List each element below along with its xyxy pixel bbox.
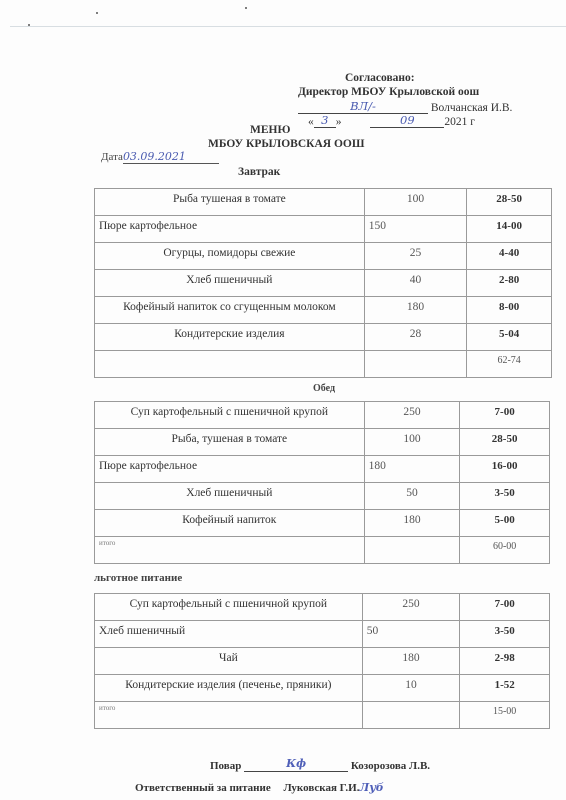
total-portion-empty (364, 351, 467, 378)
scan-edge-line (10, 26, 566, 27)
dish-name: Суп картофельный с пшеничной крупой (95, 402, 365, 429)
price: 1-52 (460, 675, 550, 702)
dish-name: Суп картофельный с пшеничной крупой (95, 594, 363, 621)
portion-grams: 100 (364, 189, 467, 216)
menu-title: МЕНЮ (250, 124, 290, 136)
price: 4-40 (467, 243, 552, 270)
portion-grams: 100 (364, 429, 460, 456)
portion-grams: 10 (362, 675, 460, 702)
table-row: Огурцы, помидоры свежие254-40 (95, 243, 552, 270)
table-row: Кофейный напиток со сгущенным молоком180… (95, 297, 552, 324)
portion-grams: 180 (362, 648, 460, 675)
portion-grams: 250 (362, 594, 460, 621)
price: 7-00 (460, 402, 550, 429)
price: 16-00 (460, 456, 550, 483)
dish-name: Рыба, тушеная в томате (95, 429, 365, 456)
dish-name: Хлеб пшеничный (95, 483, 365, 510)
cook-row: Повар Кф Козорозова Л.В. (210, 757, 430, 772)
table-row: Чай1802-98 (95, 648, 550, 675)
portion-grams: 150 (364, 216, 467, 243)
approval-year: 2021 г (444, 116, 475, 128)
approval-day: 3 (321, 113, 328, 127)
price: 2-80 (467, 270, 552, 297)
portion-grams: 180 (364, 510, 460, 537)
table-row: Кофейный напиток1805-00 (95, 510, 550, 537)
scan-speck (245, 7, 247, 9)
dish-name: Хлеб пшеничный (95, 621, 363, 648)
approval-month: 09 (400, 113, 415, 127)
total-price: 62-74 (467, 351, 552, 378)
table-row: Хлеб пшеничный402-80 (95, 270, 552, 297)
dish-name: Кофейный напиток (95, 510, 365, 537)
price: 3-50 (460, 621, 550, 648)
cook-signature: Кф (286, 757, 306, 770)
dish-name: Пюре картофельное (95, 216, 365, 243)
section-title-subsidized: льготное питание (94, 572, 182, 584)
price: 3-50 (460, 483, 550, 510)
subsidized-table: Суп картофельный с пшеничной крупой2507-… (94, 593, 550, 729)
total-portion-empty (364, 537, 460, 564)
table-row: Хлеб пшеничный503-50 (95, 483, 550, 510)
portion-grams: 25 (364, 243, 467, 270)
quote-close: » (336, 116, 342, 128)
price: 8-00 (467, 297, 552, 324)
price: 14-00 (467, 216, 552, 243)
price: 5-00 (460, 510, 550, 537)
table-row: Рыба, тушеная в томате10028-50 (95, 429, 550, 456)
scan-speck (28, 24, 30, 26)
portion-grams: 40 (364, 270, 467, 297)
portion-grams: 250 (364, 402, 460, 429)
cook-label: Повар (210, 760, 241, 772)
section-title-breakfast: Завтрак (238, 166, 280, 178)
price: 2-98 (460, 648, 550, 675)
dish-name: Кондитерские изделия (95, 324, 365, 351)
price: 7-00 (460, 594, 550, 621)
portion-grams: 50 (364, 483, 460, 510)
dish-name: Кондитерские изделия (печенье, пряники) (95, 675, 363, 702)
total-row: итого15-00 (95, 702, 550, 729)
total-price: 15-00 (460, 702, 550, 729)
table-row: Пюре картофельное18016-00 (95, 456, 550, 483)
section-title-lunch: Обед (313, 383, 335, 394)
price: 5-04 (467, 324, 552, 351)
portion-grams: 180 (364, 456, 460, 483)
table-row: Кондитерские изделия285-04 (95, 324, 552, 351)
total-label (95, 351, 365, 378)
approval-position: Директор МБОУ Крыловской оош (298, 86, 479, 98)
dish-name: Чай (95, 648, 363, 675)
date-label: Дата (101, 151, 123, 163)
responsible-label: Ответственный за питание (135, 782, 271, 794)
table-row: Кондитерские изделия (печенье, пряники)1… (95, 675, 550, 702)
approval-heading: Согласовано: (345, 72, 415, 84)
table-row: Пюре картофельное15014-00 (95, 216, 552, 243)
dish-name: Пюре картофельное (95, 456, 365, 483)
table-row: Суп картофельный с пшеничной крупой2507-… (95, 594, 550, 621)
approval-signature-line: ВЛ/- Волчанская И.В. (298, 99, 512, 114)
price: 28-50 (460, 429, 550, 456)
school-name: МБОУ КРЫЛОВСКАЯ ООШ (208, 138, 364, 150)
total-label: итого (95, 702, 363, 729)
table-row: Рыба тушеная в томате10028-50 (95, 189, 552, 216)
breakfast-table: Рыба тушеная в томате10028-50Пюре картоф… (94, 188, 552, 378)
table-row: Суп картофельный с пшеничной крупой2507-… (95, 402, 550, 429)
dish-name: Кофейный напиток со сгущенным молоком (95, 297, 365, 324)
total-label: итого (95, 537, 365, 564)
date-row: Дата03.09.2021 (101, 150, 219, 164)
lunch-table: Суп картофельный с пшеничной крупой2507-… (94, 401, 550, 564)
approval-date: «3» 092021 г (308, 113, 475, 128)
responsible-name: Луковская Г.И. (283, 782, 359, 794)
dish-name: Огурцы, помидоры свежие (95, 243, 365, 270)
price: 28-50 (467, 189, 552, 216)
dish-name: Хлеб пшеничный (95, 270, 365, 297)
approval-signature: ВЛ/- (350, 99, 376, 113)
portion-grams: 180 (364, 297, 467, 324)
scan-speck (96, 12, 98, 14)
cook-name: Козорозова Л.В. (351, 760, 430, 772)
portion-grams: 28 (364, 324, 467, 351)
responsible-row: Ответственный за питание Луковская Г.И.Л… (135, 781, 384, 794)
responsible-signature: Луб (359, 781, 383, 794)
dish-name: Рыба тушеная в томате (95, 189, 365, 216)
total-row: 62-74 (95, 351, 552, 378)
portion-grams: 50 (362, 621, 460, 648)
total-price: 60-00 (460, 537, 550, 564)
table-row: Хлеб пшеничный503-50 (95, 621, 550, 648)
total-row: итого60-00 (95, 537, 550, 564)
date-value: 03.09.2021 (123, 150, 186, 163)
total-portion-empty (362, 702, 460, 729)
